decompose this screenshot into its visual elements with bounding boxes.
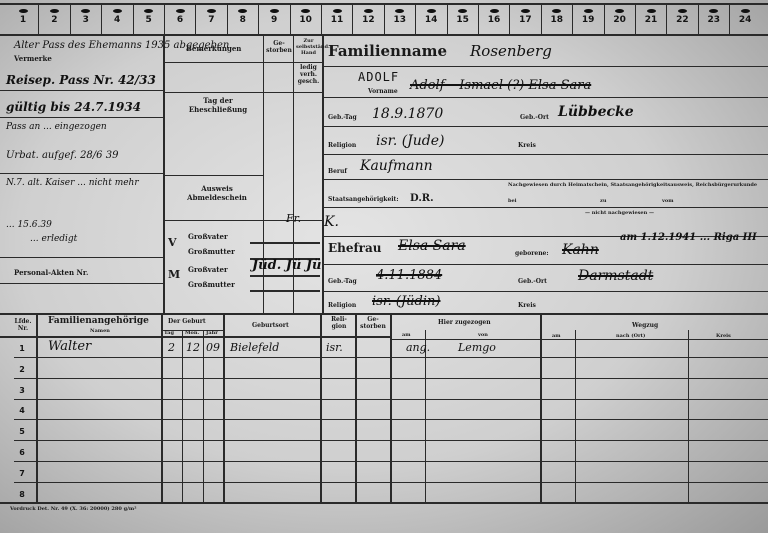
punch-cell-3: 3 — [71, 6, 101, 32]
punch-hole-icon — [647, 9, 656, 13]
birth-year: 09 — [206, 341, 220, 354]
punch-number: 20 — [613, 15, 626, 25]
punch-cell-17: 17 — [510, 6, 540, 32]
col-header-mon: Mon. — [185, 330, 199, 336]
punch-cell-6: 6 — [165, 6, 195, 32]
punch-number: 24 — [739, 15, 752, 25]
col-header-kreis: Kreis — [716, 333, 731, 339]
col-header-wegzug: Wegzug — [632, 322, 658, 329]
punch-number: 11 — [331, 15, 344, 25]
maternal-grandmother-label: Großmutter — [188, 280, 235, 289]
punch-hole-icon — [207, 9, 216, 13]
col-header-tag: Tag — [164, 330, 174, 336]
punch-hole-icon — [552, 9, 561, 13]
handwritten-note-3: gültig bis 24.7.1934 — [6, 100, 141, 114]
col-header-lfd-nr: Lfde. Nr. — [10, 318, 36, 332]
member-name: Walter — [48, 339, 91, 354]
punch-hole-icon — [144, 9, 153, 13]
punch-cell-18: 18 — [542, 6, 572, 32]
punch-number: 13 — [394, 15, 407, 25]
vorname-handwritten: Adolf – Ismael (?) Elsa Sara — [410, 78, 591, 93]
col-header-jahr: Jahr — [206, 330, 218, 336]
nachgewiesen-text: Nachgewiesen durch Heimatschein, Staatsa… — [508, 182, 766, 188]
ehefrau-name: Elsa Sara — [398, 238, 466, 254]
geb-tag-value: 18.9.1870 — [372, 106, 443, 122]
birth-day: 2 — [168, 341, 175, 354]
nicht-nachgewiesen: — nicht nachgewiesen — — [585, 210, 654, 216]
familienname-label: Familienname — [328, 42, 447, 60]
vermerke-label: Vermerke — [14, 54, 52, 63]
punch-cell-2: 2 — [39, 6, 69, 32]
punch-hole-icon — [615, 9, 624, 13]
kreis-label: Kreis — [518, 142, 536, 149]
moved-in-date: ang. — [406, 341, 430, 354]
punch-cell-4: 4 — [102, 6, 132, 32]
punch-cell-15: 15 — [448, 6, 478, 32]
punch-hole-icon — [81, 9, 90, 13]
punch-hole-icon — [427, 9, 436, 13]
handwritten-note-8: ... erledigt — [30, 234, 77, 244]
punch-cell-1: 1 — [8, 6, 38, 32]
punch-hole-icon — [709, 9, 718, 13]
beruf-value: Kaufmann — [360, 158, 433, 174]
ehefrau-religion-label: Religion — [328, 302, 356, 309]
handwritten-note-2: Reisep. Pass Nr. 42/33 — [6, 73, 156, 87]
ehefrau-kreis-label: Kreis — [518, 302, 536, 309]
punch-hole-icon — [395, 9, 404, 13]
punch-number: 5 — [145, 15, 151, 25]
col-header-wegzug-am: am — [552, 333, 561, 339]
col-header-am: am — [402, 332, 411, 338]
punch-hole-icon — [238, 9, 247, 13]
col-header-gestorben: Ge-storben — [358, 316, 388, 330]
row-number: 7 — [14, 469, 30, 478]
punch-hole-icon — [270, 9, 279, 13]
paternal-grandfather-label: Großvater — [188, 232, 228, 241]
maternal-label: M — [168, 268, 180, 281]
punch-number: 3 — [83, 15, 89, 25]
punch-cell-14: 14 — [416, 6, 446, 32]
paternal-grandmother-label: Großmutter — [188, 247, 235, 256]
row-number: 4 — [14, 406, 30, 415]
handwritten-note-4: Pass an ... eingezogen — [6, 122, 107, 132]
k-mark: K. — [324, 214, 339, 230]
ehefrau-geb-ort-value: Darmstadt — [578, 268, 653, 284]
ehefrau-religion-value: isr. (Jüdin) — [372, 294, 440, 309]
punch-number: 4 — [114, 15, 120, 25]
geb-ort-label: Geb.-Ort — [520, 114, 549, 121]
print-note: Vordruck Det. Nr. 49 (X. 36: 20000) 280 … — [10, 506, 136, 512]
member-religion: isr. — [326, 341, 343, 354]
col-header-geburt: Der Geburt — [168, 318, 206, 325]
punch-number: 2 — [51, 15, 57, 25]
punch-cell-19: 19 — [573, 6, 603, 32]
punch-cell-8: 8 — [228, 6, 258, 32]
punch-number: 16 — [488, 15, 501, 25]
beruf-label: Beruf — [328, 168, 347, 175]
punch-cell-16: 16 — [479, 6, 509, 32]
ehefrau-geb-tag-label: Geb.-Tag — [328, 278, 357, 285]
punch-hole-icon — [176, 9, 185, 13]
handwritten-note-6: N.7. alt. Kaiser ... nicht mehr — [6, 178, 139, 188]
punch-cell-22: 22 — [667, 6, 697, 32]
staatsangehoerigkeit-label: Staatsangehörigkeit: — [328, 196, 399, 203]
punch-number: 17 — [519, 15, 532, 25]
punch-number: 15 — [456, 15, 469, 25]
punch-number: 10 — [299, 15, 312, 25]
geb-tag-label: Geb.-Tag — [328, 114, 357, 121]
punch-cell-9: 9 — [259, 6, 289, 32]
punch-hole-icon — [364, 9, 373, 13]
punch-number: 18 — [551, 15, 564, 25]
punch-cell-13: 13 — [385, 6, 415, 32]
selbst-hand-label: Zur selbstständ. Hand — [296, 38, 321, 56]
col-header-hier-zugezogen: Hier zugezogen — [438, 319, 491, 326]
punch-number: 23 — [708, 15, 721, 25]
col-header-namen: Namen — [90, 328, 110, 334]
punch-cell-24: 24 — [730, 6, 760, 32]
punch-number: 7 — [208, 15, 214, 25]
fr-mark: Fr. — [286, 212, 301, 225]
row-number: 1 — [14, 344, 30, 353]
geborene-value: Kahn — [562, 242, 599, 258]
moved-in-from: Lemgo — [458, 341, 496, 354]
punch-number: 19 — [582, 15, 595, 25]
punch-hole-icon — [19, 9, 28, 13]
handwritten-note-5: Urbat. aufgef. 28/6 39 — [6, 150, 118, 161]
row-number: 3 — [14, 386, 30, 395]
religion-label: Religion — [328, 142, 356, 149]
punch-number: 12 — [362, 15, 375, 25]
punch-number: 1 — [20, 15, 26, 25]
grandparents-handwritten: Jüd. Jü Jü — [252, 258, 321, 273]
birthplace: Bielefeld — [230, 341, 279, 354]
punch-number: 6 — [177, 15, 183, 25]
family-status-options: ledig verh. gesch. — [296, 64, 321, 85]
eheschliessung-label: Tag der Eheschließung — [178, 96, 258, 114]
row-number: 5 — [14, 427, 30, 436]
vorname-label: Vorname — [368, 88, 398, 95]
punch-hole-icon — [741, 9, 750, 13]
punch-cell-23: 23 — [699, 6, 729, 32]
punch-number: 9 — [271, 15, 277, 25]
vom-label: vom — [662, 198, 674, 204]
punch-number: 21 — [645, 15, 658, 25]
ausweis-label: Ausweis Abmeldeschein — [182, 184, 252, 202]
row-number: 6 — [14, 448, 30, 457]
personal-akten-label: Personal-Akten Nr. — [14, 268, 88, 277]
punch-hole-icon — [458, 9, 467, 13]
maternal-grandfather-label: Großvater — [188, 265, 228, 274]
birth-month: 12 — [186, 341, 200, 354]
ehefrau-label: Ehefrau — [328, 241, 382, 255]
punch-hole-icon — [333, 9, 342, 13]
gestorben-label: Ge-storben — [266, 40, 292, 54]
punch-cell-12: 12 — [353, 6, 383, 32]
punch-number: 8 — [240, 15, 246, 25]
punch-cell-21: 21 — [636, 6, 666, 32]
punch-hole-icon — [490, 9, 499, 13]
religion-value: isr. (Jude) — [376, 133, 445, 149]
deportation-note: am 1.12.1941 ... Riga III — [620, 232, 757, 243]
vorname-typed: ADOLF — [358, 70, 399, 84]
punch-hole-icon — [521, 9, 530, 13]
col-header-religion: Reli-gion — [324, 316, 354, 330]
row-number: 8 — [14, 490, 30, 499]
punch-hole-icon — [301, 9, 310, 13]
ehefrau-geb-tag-value: 4.11.1884 — [376, 268, 442, 283]
staatsangehoerigkeit-value: D.R. — [410, 193, 434, 204]
col-header-familienangehoerige: Familienangehörige — [48, 316, 149, 326]
punch-cell-7: 7 — [196, 6, 226, 32]
bei-label: bei — [508, 198, 517, 204]
punch-hole-icon — [678, 9, 687, 13]
handwritten-note-7: ... 15.6.39 — [6, 220, 52, 230]
geborene-label: geborene: — [515, 250, 549, 257]
col-header-geburtsort: Geburtsort — [252, 322, 289, 329]
geb-ort-value: Lübbecke — [558, 104, 634, 120]
punch-cell-20: 20 — [605, 6, 635, 32]
paternal-label: V — [168, 236, 177, 249]
punch-hole-icon — [584, 9, 593, 13]
punch-number: 14 — [425, 15, 438, 25]
col-header-nach-ort: nach (Ort) — [616, 333, 645, 339]
punch-cell-10: 10 — [291, 6, 321, 32]
punch-cell-11: 11 — [322, 6, 352, 32]
registration-card: 123456789101112131415161718192021222324 … — [0, 0, 768, 533]
punch-cell-5: 5 — [134, 6, 164, 32]
col-header-von: von — [478, 332, 488, 338]
zu-label: zu — [600, 198, 606, 204]
familienname-value: Rosenberg — [470, 42, 552, 60]
row-number: 2 — [14, 365, 30, 374]
punch-hole-icon — [50, 9, 59, 13]
punch-hole-icon — [113, 9, 122, 13]
punch-number: 22 — [676, 15, 689, 25]
ehefrau-geb-ort-label: Geb.-Ort — [518, 278, 547, 285]
bemerkungen-label: Bemerkungen — [186, 44, 241, 53]
